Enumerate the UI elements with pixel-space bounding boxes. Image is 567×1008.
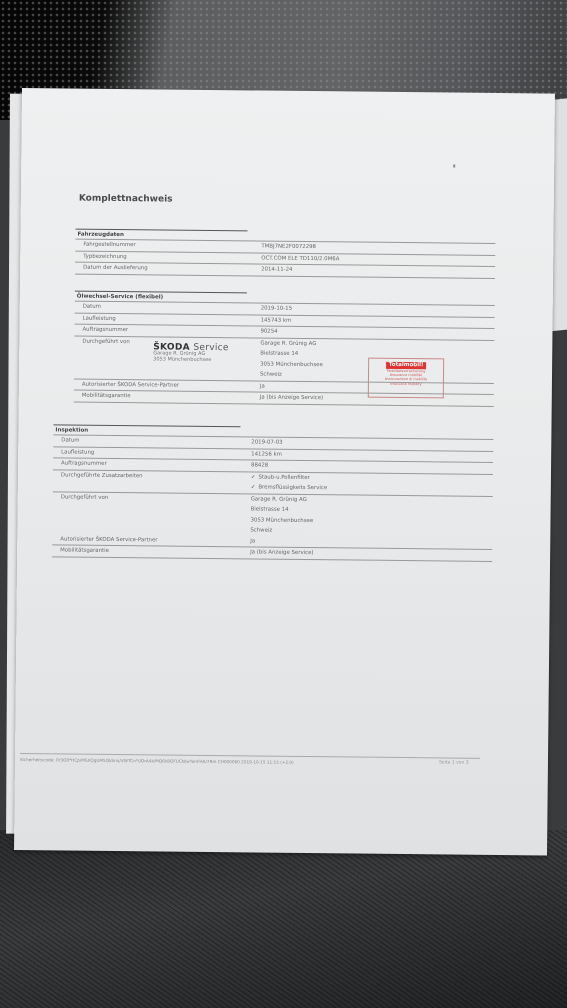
page-mark [453, 165, 455, 168]
car-seat-background-bottom [0, 830, 567, 1008]
checkmark-icon: ✓ [251, 484, 256, 490]
inspection-section: Inspektion Datum2019-07-03 Laufleistung1… [52, 424, 493, 572]
dealer-stamp: ŠKODA Service Garage R. Grünig AG 3053 M… [153, 344, 229, 363]
vehicle-section: Fahrzeugdaten FahrgestellnummerTMBJ7NE2F… [75, 229, 496, 289]
checkmark-icon: ✓ [251, 474, 256, 480]
document-page: Komplettnachweis Fahrzeugdaten Fahrgeste… [14, 88, 555, 856]
page-number: Seite 1 von 3 [439, 760, 469, 765]
security-code: Sicherheitscode: 0r3O8*HCp/MSXQgUM5QkSrv… [20, 753, 480, 767]
totalmobil-stamp: Totalmobil! Mobilitätsversicherung Assur… [368, 358, 444, 399]
document-title: Komplettnachweis [79, 194, 173, 205]
